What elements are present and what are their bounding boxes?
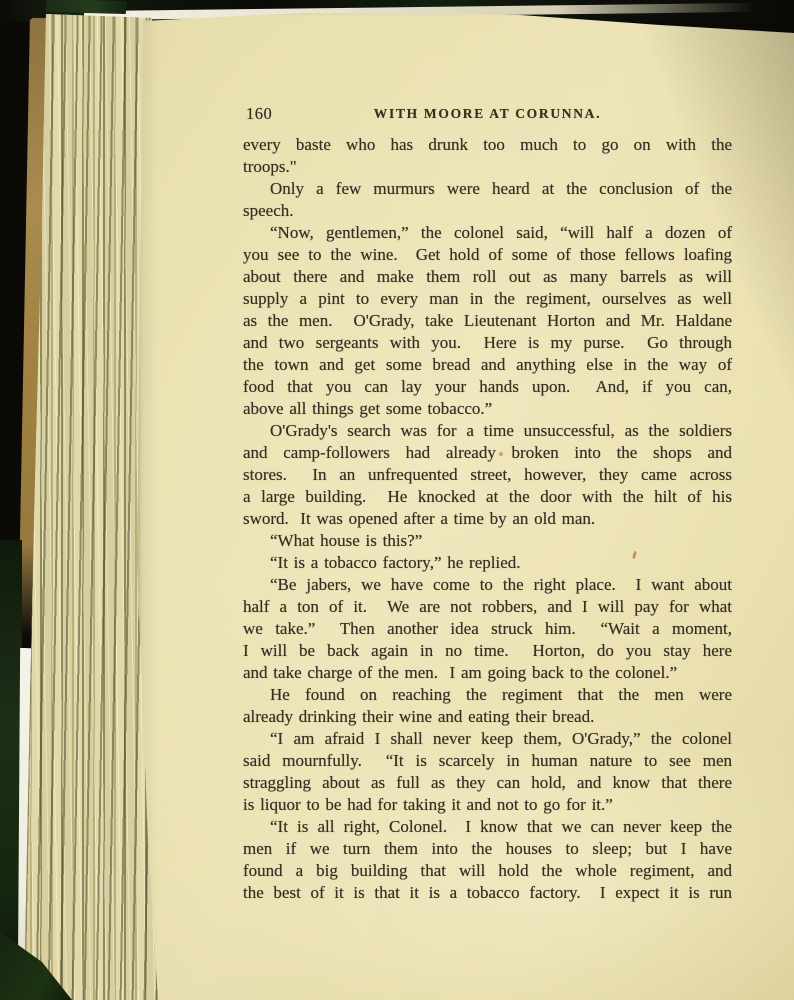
page-content: 160 WITH MOORE AT CORUNNA. every baste w… — [243, 104, 732, 904]
text-line: half a ton of it. We are not robbers, an… — [243, 596, 732, 618]
text-line: troops." — [243, 156, 732, 178]
text-line: “Be jabers, we have come to the right pl… — [243, 574, 732, 596]
ink-speck — [499, 452, 503, 456]
text-line: and camp-followers had already broken in… — [243, 442, 732, 464]
text-block: every baste who has drunk too much to go… — [243, 134, 732, 904]
text-line: already drinking their wine and eating t… — [243, 706, 732, 728]
text-line: as the men. O'Grady, take Lieutenant Hor… — [243, 310, 732, 332]
text-line: said mournfully. “It is scarcely in huma… — [243, 750, 732, 772]
text-line: about there and make them roll out as ma… — [243, 266, 732, 288]
text-line: “It is a tobacco factory,” he replied. — [243, 552, 732, 574]
text-line: supply a pint to every man in the regime… — [243, 288, 732, 310]
page-number: 160 — [246, 104, 272, 124]
text-line: you see to the wine. Get hold of some of… — [243, 244, 732, 266]
text-line: “Now, gentlemen,” the colonel said, “wil… — [243, 222, 732, 244]
book-photo: 160 WITH MOORE AT CORUNNA. every baste w… — [0, 0, 794, 1000]
page-header: 160 WITH MOORE AT CORUNNA. — [243, 104, 732, 126]
text-line: and take charge of the men. I am going b… — [243, 662, 732, 684]
text-line: stores. In an unfrequented street, howev… — [243, 464, 732, 486]
text-line: every baste who has drunk too much to go… — [243, 134, 732, 156]
text-line: “What house is this?” — [243, 530, 732, 552]
text-line: straggling about as full as they can hol… — [243, 772, 732, 794]
text-line: above all things get some tobacco.” — [243, 398, 732, 420]
text-line: “It is all right, Colonel. I know that w… — [243, 816, 732, 838]
text-line: Only a few murmurs were heard at the con… — [243, 178, 732, 200]
text-line: we take.” Then another idea struck him. … — [243, 618, 732, 640]
text-line: the best of it is that it is a tobacco f… — [243, 882, 732, 904]
text-line: sword. It was opened after a time by an … — [243, 508, 732, 530]
text-line: I will be back again in no time. Horton,… — [243, 640, 732, 662]
text-line: a large building. He knocked at the door… — [243, 486, 732, 508]
text-line: and two sergeants with you. Here is my p… — [243, 332, 732, 354]
text-line: food that you can lay your hands upon. A… — [243, 376, 732, 398]
book-cover-corner — [46, 0, 126, 14]
text-line: men if we turn them into the houses to s… — [243, 838, 732, 860]
text-line: is liquor to be had for taking it and no… — [243, 794, 732, 816]
text-line: O'Grady's search was for a time unsucces… — [243, 420, 732, 442]
text-line: the town and get some bread and anything… — [243, 354, 732, 376]
text-line: speech. — [243, 200, 732, 222]
text-line: “I am afraid I shall never keep them, O'… — [243, 728, 732, 750]
running-title: WITH MOORE AT CORUNNA. — [374, 106, 601, 122]
text-line: He found on reaching the regiment that t… — [243, 684, 732, 706]
text-line: found a big building that will hold the … — [243, 860, 732, 882]
